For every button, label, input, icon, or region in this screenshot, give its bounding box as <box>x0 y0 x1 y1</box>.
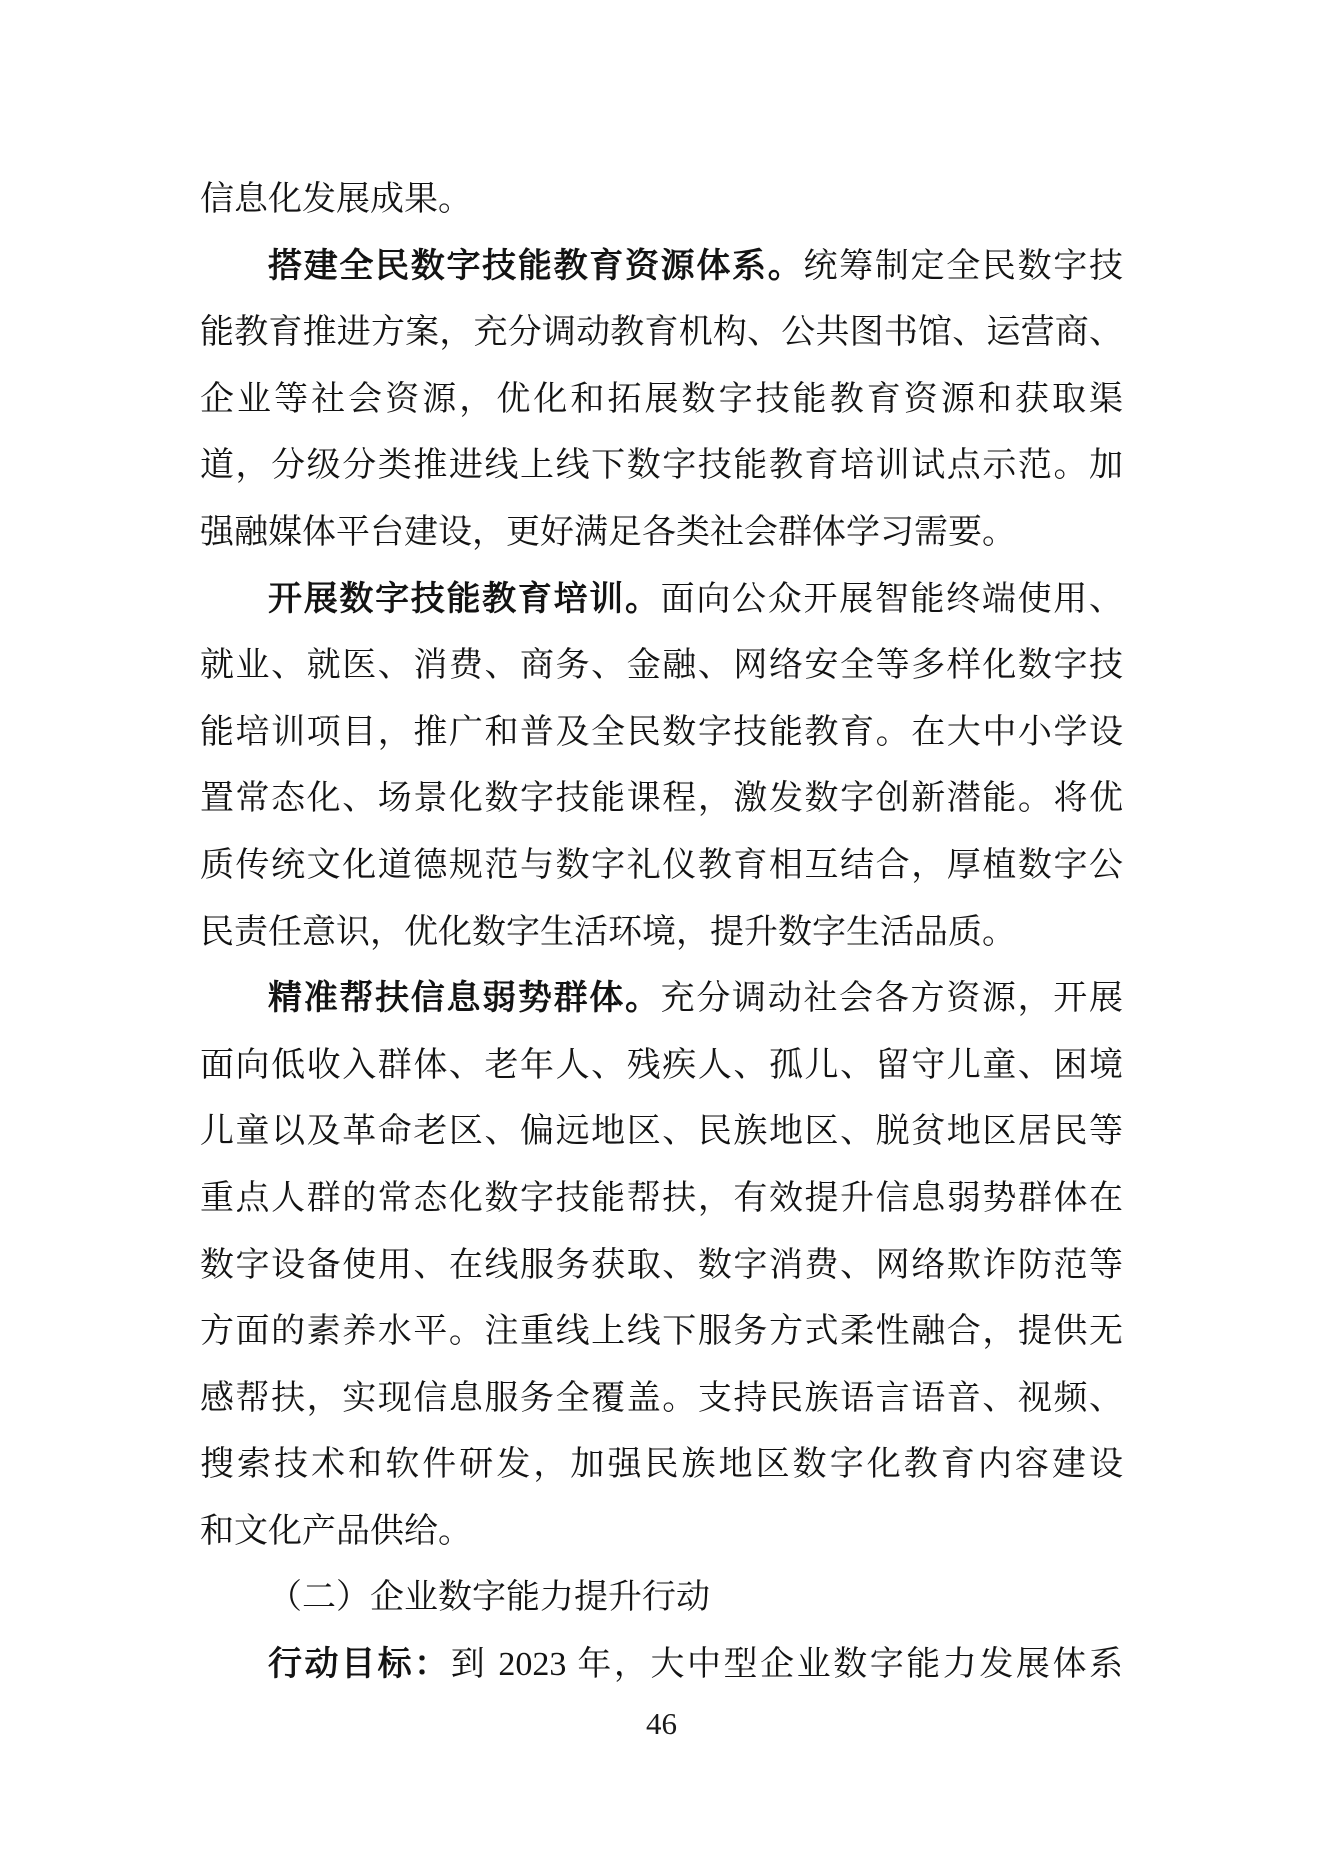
text-line: 道，分级分类推进线上线下数字技能教育培训试点示范。加 <box>200 433 1123 500</box>
text-run: 重点人群的常态化数字技能帮扶，有效提升信息弱势群体在 <box>200 1180 1123 1217</box>
bold-heading-run: 搭建全民数字技能教育资源体系。 <box>268 248 803 285</box>
text-run: 面向低收入群体、老年人、残疾人、孤儿、留守儿童、困境 <box>200 1047 1123 1084</box>
text-line: 数字设备使用、在线服务获取、数字消费、网络欺诈防范等 <box>200 1233 1123 1300</box>
text-run: 置常态化、场景化数字技能课程，激发数字创新潜能。将优 <box>200 780 1123 817</box>
text-run: 到 2023 年，大中型企业数字能力发展体系 <box>451 1646 1123 1683</box>
text-run: 就业、就医、消费、商务、金融、网络安全等多样化数字技 <box>200 647 1123 684</box>
document-page: 信息化发展成果。搭建全民数字技能教育资源体系。统筹制定全民数字技能教育推进方案，… <box>0 0 1323 1871</box>
text-line: 开展数字技能教育培训。面向公众开展智能终端使用、 <box>200 567 1123 634</box>
text-run: 民责任意识，优化数字生活环境，提升数字生活品质。 <box>200 914 1016 951</box>
text-line: 质传统文化道德规范与数字礼仪教育相互结合，厚植数字公 <box>200 833 1123 900</box>
text-line: 民责任意识，优化数字生活环境，提升数字生活品质。 <box>200 900 1123 967</box>
text-line: 重点人群的常态化数字技能帮扶，有效提升信息弱势群体在 <box>200 1166 1123 1233</box>
text-line: 就业、就医、消费、商务、金融、网络安全等多样化数字技 <box>200 633 1123 700</box>
text-line: 面向低收入群体、老年人、残疾人、孤儿、留守儿童、困境 <box>200 1033 1123 1100</box>
text-run: 能教育推进方案，充分调动教育机构、公共图书馆、运营商、 <box>200 314 1123 351</box>
text-run: 感帮扶，实现信息服务全覆盖。支持民族语言语音、视频、 <box>200 1380 1123 1417</box>
text-line: 强融媒体平台建设，更好满足各类社会群体学习需要。 <box>200 500 1123 567</box>
bold-heading-run: 精准帮扶信息弱势群体。 <box>268 980 661 1017</box>
text-run: （二）企业数字能力提升行动 <box>268 1579 710 1616</box>
text-line: 能教育推进方案，充分调动教育机构、公共图书馆、运营商、 <box>200 300 1123 367</box>
text-run: 数字设备使用、在线服务获取、数字消费、网络欺诈防范等 <box>200 1247 1123 1284</box>
text-line: 精准帮扶信息弱势群体。充分调动社会各方资源，开展 <box>200 966 1123 1033</box>
text-run: 质传统文化道德规范与数字礼仪教育相互结合，厚植数字公 <box>200 847 1123 884</box>
text-line: （二）企业数字能力提升行动 <box>200 1565 1123 1632</box>
bold-heading-run: 开展数字技能教育培训。 <box>268 581 661 618</box>
text-run: 和文化产品供给。 <box>200 1513 472 1550</box>
text-line: 方面的素养水平。注重线上线下服务方式柔性融合，提供无 <box>200 1299 1123 1366</box>
text-line: 置常态化、场景化数字技能课程，激发数字创新潜能。将优 <box>200 766 1123 833</box>
bold-heading-run: 行动目标： <box>268 1646 451 1683</box>
text-run: 强融媒体平台建设，更好满足各类社会群体学习需要。 <box>200 514 1016 551</box>
text-line: 搜索技术和软件研发，加强民族地区数字化教育内容建设 <box>200 1432 1123 1499</box>
text-line: 和文化产品供给。 <box>200 1499 1123 1566</box>
text-run: 搜索技术和软件研发，加强民族地区数字化教育内容建设 <box>200 1446 1123 1483</box>
text-line: 信息化发展成果。 <box>200 167 1123 234</box>
page-number: 46 <box>200 1702 1123 1746</box>
text-run: 信息化发展成果。 <box>200 181 472 218</box>
text-block: 信息化发展成果。搭建全民数字技能教育资源体系。统筹制定全民数字技能教育推进方案，… <box>200 167 1123 1699</box>
text-run: 充分调动社会各方资源，开展 <box>661 980 1123 1017</box>
text-run: 方面的素养水平。注重线上线下服务方式柔性融合，提供无 <box>200 1313 1123 1350</box>
text-run: 儿童以及革命老区、偏远地区、民族地区、脱贫地区居民等 <box>200 1113 1123 1150</box>
text-line: 能培训项目，推广和普及全民数字技能教育。在大中小学设 <box>200 700 1123 767</box>
text-line: 搭建全民数字技能教育资源体系。统筹制定全民数字技 <box>200 234 1123 301</box>
text-line: 行动目标：到 2023 年，大中型企业数字能力发展体系 <box>200 1632 1123 1699</box>
text-line: 企业等社会资源，优化和拓展数字技能教育资源和获取渠 <box>200 367 1123 434</box>
text-run: 企业等社会资源，优化和拓展数字技能教育资源和获取渠 <box>200 381 1123 418</box>
text-line: 感帮扶，实现信息服务全覆盖。支持民族语言语音、视频、 <box>200 1366 1123 1433</box>
text-run: 能培训项目，推广和普及全民数字技能教育。在大中小学设 <box>200 714 1123 751</box>
text-run: 面向公众开展智能终端使用、 <box>661 581 1123 618</box>
text-run: 统筹制定全民数字技 <box>803 248 1123 285</box>
text-run: 道，分级分类推进线上线下数字技能教育培训试点示范。加 <box>200 447 1123 484</box>
text-line: 儿童以及革命老区、偏远地区、民族地区、脱贫地区居民等 <box>200 1099 1123 1166</box>
